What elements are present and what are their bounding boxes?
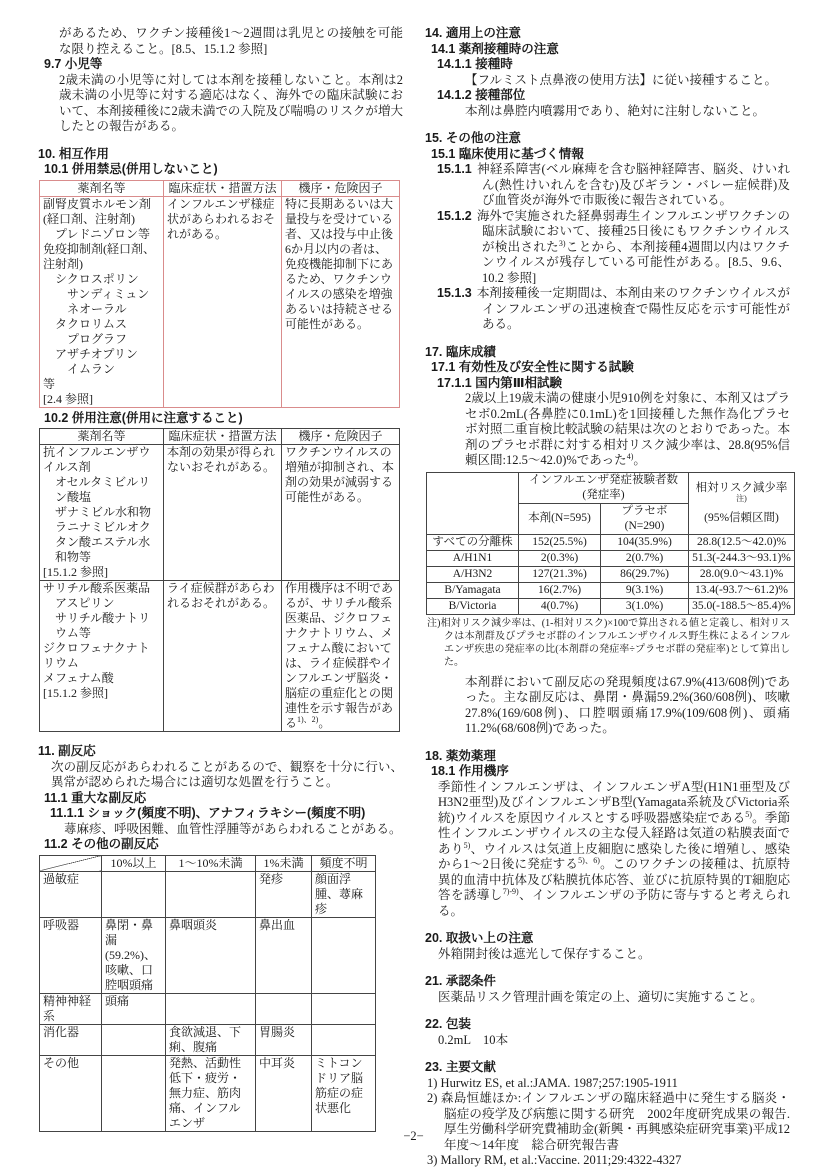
two-column-layout: があるため、ワクチン接種後1〜2週間は乳児との接触を可能な限り控えること。[8.… — [0, 0, 827, 1169]
reference-item-1: 1) Hurwitz ES, et al.:JAMA. 1987;257:190… — [427, 1076, 790, 1092]
column-header-under1: 1%未満 — [256, 855, 312, 871]
section-9-7-body: 2歳未満の小児等に対しては本剤を接種しないこと。本剤は2歳未満の小児等に対する適… — [59, 73, 403, 135]
section-22-heading: 22. 包装 — [425, 1017, 790, 1033]
symptom-cell: ライ症候群があらわれるおそれがある。 — [164, 581, 282, 732]
section-11-2-heading: 11.2 その他の副反応 — [44, 837, 403, 853]
section-9-7-heading: 9.7 小児等 — [44, 57, 403, 73]
column-header-symptom: 臨床症状・措置方法 — [164, 180, 282, 196]
mechanism-cell: 作用機序は不明であるが、サリチル酸系医薬品、ジクロフェナクナトリウム、メフェナム… — [282, 581, 400, 732]
item-number: 15.1.3 — [437, 286, 472, 300]
column-header-mechanism: 機序・危険因子 — [282, 180, 400, 196]
value-cell: 86(29.7%) — [601, 566, 689, 582]
category-cell: 呼吸器 — [40, 917, 102, 993]
section-20-heading: 20. 取扱い上の注意 — [425, 931, 790, 947]
value-cell — [166, 993, 256, 1024]
table-header-row: インフルエンザ発症被験者数 (発症率) 相対リスク減少率注) (95%信頼区間) — [427, 472, 795, 503]
category-cell: 過敏症 — [40, 871, 102, 917]
value-cell: 28.0(9.0〜43.1)% — [689, 566, 795, 582]
section-15-heading: 15. その他の注意 — [425, 131, 790, 147]
rrr-header-line2: (95%信頼区間) — [691, 511, 792, 526]
section-14-1-2-body: 本剤は鼻腔内噴霧用であり、絶対に注射しないこと。 — [465, 104, 790, 120]
value-cell: 発熱、活動性低下・疲労・無力症、筋肉痛、インフルエンザ — [166, 1055, 256, 1131]
value-cell: 頭痛 — [102, 993, 166, 1024]
table-row: すべての分離株 152(25.5%) 104(35.9%) 28.8(12.5〜… — [427, 534, 795, 550]
value-cell: 127(21.3%) — [519, 566, 601, 582]
value-cell — [312, 993, 376, 1024]
table-row: 抗インフルエンザウイルス剤 オセルタミビルリ ン酸塩 ザナミビル水和物 ラニナミ… — [40, 445, 400, 581]
item-number: 15.1.1 — [437, 162, 472, 176]
value-cell — [102, 1055, 166, 1131]
value-cell: 食欲減退、下痢、腹痛 — [166, 1024, 256, 1055]
reference-number: 2) — [427, 1091, 437, 1105]
symptom-cell: インフルエンザ様症状があらわれるおそれがある。 — [164, 196, 282, 407]
section-11-1-1-body: 蕁麻疹、呼吸困難、血管性浮腫等があらわれることがある。 — [64, 822, 403, 838]
strain-cell: B/Victoria — [427, 598, 519, 614]
group-header-line2: (発症率) — [521, 488, 686, 503]
section-18-1-heading: 18.1 作用機序 — [431, 764, 790, 780]
mechanism-cell: 特に長期あるいは大量投与を受けている者、又は投与中止後6か月以内の者は、免疫機能… — [282, 196, 400, 407]
table-header-row: 10%以上 1〜10%未満 1%未満 頻度不明 — [40, 855, 376, 871]
section-15-1-heading: 15.1 臨床使用に基づく情報 — [431, 147, 790, 163]
table-row: A/H3N2 127(21.3%) 86(29.7%) 28.0(9.0〜43.… — [427, 566, 795, 582]
section-14-1-1-body: 【フルミスト点鼻液の使用方法】に従い接種すること。 — [465, 73, 790, 89]
table-header-row: 薬剤名等 臨床症状・措置方法 機序・危険因子 — [40, 429, 400, 445]
section-21-body: 医薬品リスク管理計画を策定の上、適切に実施すること。 — [438, 990, 790, 1006]
value-cell: 2(0.3%) — [519, 550, 601, 566]
adverse-incidence-paragraph: 本剤群において副反応の発現頻度は67.9%(413/608例)であった。主な副反… — [465, 675, 790, 737]
column-header-symptom: 臨床症状・措置方法 — [164, 429, 282, 445]
section-21-heading: 21. 承認条件 — [425, 974, 790, 990]
mechanism-cell: ワクチンウイルスの増殖が抑制され、本剤の効果が減弱する可能性がある。 — [282, 445, 400, 581]
section-18-heading: 18. 薬効薬理 — [425, 749, 790, 765]
table-row: 過敏症 発疹 顔面浮腫、蕁麻疹 — [40, 871, 376, 917]
section-14-heading: 14. 適用上の注意 — [425, 26, 790, 42]
value-cell: 鼻出血 — [256, 917, 312, 993]
section-20-body: 外箱開封後は遮光して保存すること。 — [438, 947, 790, 963]
value-cell: 3(1.0%) — [601, 598, 689, 614]
value-cell: 9(3.1%) — [601, 582, 689, 598]
column-header-mechanism: 機序・危険因子 — [282, 429, 400, 445]
section-11-body: 次の副反応があらわれることがあるので、観察を十分に行い、異常が認められた場合には… — [51, 760, 403, 791]
column-header-placebo-group: プラセボ(N=290) — [601, 503, 689, 534]
value-cell: 35.0(-188.5〜85.4)% — [689, 598, 795, 614]
value-cell — [312, 1024, 376, 1055]
precaution-table: 薬剤名等 臨床症状・措置方法 機序・危険因子 抗インフルエンザウイルス剤 オセル… — [39, 428, 400, 732]
adverse-reaction-table: 10%以上 1〜10%未満 1%未満 頻度不明 過敏症 発疹 顔面浮腫、蕁麻疹 … — [39, 855, 376, 1132]
package-insert-page: があるため、ワクチン接種後1〜2週間は乳児との接触を可能な限り控えること。[8.… — [0, 0, 827, 1170]
value-cell: 4(0.7%) — [519, 598, 601, 614]
item-text: 本剤接種後一定期間は、本剤由来のワクチンウイルスがインフルエンザの迅速検査で陽性… — [477, 286, 790, 331]
left-column: があるため、ワクチン接種後1〜2週間は乳児との接触を可能な限り控えること。[8.… — [38, 26, 403, 1169]
table-row: 精神神経系 頭痛 — [40, 993, 376, 1024]
column-header-drug: 薬剤名等 — [40, 429, 164, 445]
table-row: A/H1N1 2(0.3%) 2(0.7%) 51.3(-244.3〜93.1)… — [427, 550, 795, 566]
reference-text: Mallory RM, et al.:Vaccine. 2011;29:4322… — [441, 1153, 682, 1167]
value-cell — [166, 871, 256, 917]
table-row: 副腎皮質ホルモン剤(経口剤、注射剤) プレドニゾロン等免疫抑制剤(経口剤、注射剤… — [40, 196, 400, 407]
rrr-header-line1: 相対リスク減少率注) — [691, 481, 792, 511]
category-cell: 消化器 — [40, 1024, 102, 1055]
table-footnote: 注)相対リスク減少率は、(1-相対リスク)×100で算出される値と定義し、相対リ… — [427, 617, 790, 669]
category-cell: その他 — [40, 1055, 102, 1131]
diagonal-corner-cell — [40, 855, 102, 871]
value-cell: 発疹 — [256, 871, 312, 917]
value-cell: 152(25.5%) — [519, 534, 601, 550]
empty-corner-cell — [427, 472, 519, 534]
value-cell: 中耳炎 — [256, 1055, 312, 1131]
numbered-item-15-1-3: 15.1.3本剤接種後一定期間は、本剤由来のワクチンウイルスがインフルエンザの迅… — [437, 286, 790, 333]
drug-names-cell: サリチル酸系医薬品 アスピリン サリチル酸ナトリ ウム等ジクロフェナクナトリウム… — [40, 581, 164, 732]
table-row: B/Victoria 4(0.7%) 3(1.0%) 35.0(-188.5〜8… — [427, 598, 795, 614]
value-cell: 104(35.9%) — [601, 534, 689, 550]
section-10-2-heading: 10.2 併用注意(併用に注意すること) — [44, 411, 403, 427]
value-cell: 鼻咽頭炎 — [166, 917, 256, 993]
reference-number: 3) — [427, 1153, 437, 1167]
strain-cell: B/Yamagata — [427, 582, 519, 598]
page-number: −2− — [0, 1129, 827, 1145]
value-cell: 2(0.7%) — [601, 550, 689, 566]
drug-names-cell: 副腎皮質ホルモン剤(経口剤、注射剤) プレドニゾロン等免疫抑制剤(経口剤、注射剤… — [40, 196, 164, 407]
section-22-body: 0.2mL 10本 — [438, 1033, 790, 1049]
reference-number: 1) — [427, 1076, 437, 1090]
section-11-1-heading: 11.1 重大な副反応 — [44, 791, 403, 807]
section-14-1-2-heading: 14.1.2 接種部位 — [437, 88, 790, 104]
table-header-row: 薬剤名等 臨床症状・措置方法 機序・危険因子 — [40, 180, 400, 196]
contraindication-table: 薬剤名等 臨床症状・措置方法 機序・危険因子 副腎皮質ホルモン剤(経口剤、注射剤… — [39, 180, 400, 408]
section-17-1-1-heading: 17.1.1 国内第Ⅲ相試験 — [437, 376, 790, 392]
drug-names-cell: 抗インフルエンザウイルス剤 オセルタミビルリ ン酸塩 ザナミビル水和物 ラニナミ… — [40, 445, 164, 581]
section-14-1-1-heading: 14.1.1 接種時 — [437, 57, 790, 73]
column-header-1to10: 1〜10%未満 — [166, 855, 256, 871]
table-row: その他 発熱、活動性低下・疲労・無力症、筋肉痛、インフルエンザ 中耳炎 ミトコン… — [40, 1055, 376, 1131]
column-header-rrr: 相対リスク減少率注) (95%信頼区間) — [689, 472, 795, 534]
section-17-heading: 17. 臨床成績 — [425, 345, 790, 361]
reference-item-3: 3) Mallory RM, et al.:Vaccine. 2011;29:4… — [427, 1153, 790, 1169]
group-header-line1: インフルエンザ発症被験者数 — [521, 473, 686, 488]
clinical-results-table: インフルエンザ発症被験者数 (発症率) 相対リスク減少率注) (95%信頼区間)… — [426, 472, 795, 615]
strain-cell: A/H3N2 — [427, 566, 519, 582]
right-column: 14. 適用上の注意 14.1 薬剤接種時の注意 14.1.1 接種時 【フルミ… — [425, 26, 790, 1169]
section-10-1-heading: 10.1 併用禁忌(併用しないこと) — [44, 162, 403, 178]
value-cell — [102, 1024, 166, 1055]
section-11-1-1-heading: 11.1.1 ショック(頻度不明)、アナフィラキシー(頻度不明) — [50, 806, 403, 822]
reference-text: Hurwitz ES, et al.:JAMA. 1987;257:1905-1… — [441, 1076, 678, 1090]
value-cell: 顔面浮腫、蕁麻疹 — [312, 871, 376, 917]
value-cell: 鼻閉・鼻漏(59.2%)、咳嗽、口腔咽頭痛 — [102, 917, 166, 993]
value-cell — [312, 917, 376, 993]
value-cell — [256, 993, 312, 1024]
table-row: 消化器 食欲減退、下痢、腹痛 胃腸炎 — [40, 1024, 376, 1055]
column-header-drug: 薬剤名等 — [40, 180, 164, 196]
section-10-heading: 10. 相互作用 — [38, 147, 403, 163]
category-cell: 精神神経系 — [40, 993, 102, 1024]
value-cell: 胃腸炎 — [256, 1024, 312, 1055]
table-row: 呼吸器 鼻閉・鼻漏(59.2%)、咳嗽、口腔咽頭痛 鼻咽頭炎 鼻出血 — [40, 917, 376, 993]
section-17-1-heading: 17.1 有効性及び安全性に関する試験 — [431, 360, 790, 376]
value-cell: 13.4(-93.7〜61.2)% — [689, 582, 795, 598]
continuation-paragraph: があるため、ワクチン接種後1〜2週間は乳児との接触を可能な限り控えること。[8.… — [59, 26, 403, 57]
item-text: 神経系障害(ベル麻痺を含む脳神経障害、脳炎、けいれん(熱性けいれんを含む)及びギ… — [477, 162, 790, 207]
symptom-cell: 本剤の効果が得られないおそれがある。 — [164, 445, 282, 581]
column-header-over10: 10%以上 — [102, 855, 166, 871]
numbered-item-15-1-1: 15.1.1神経系障害(ベル麻痺を含む脳神経障害、脳炎、けいれん(熱性けいれんを… — [437, 162, 790, 209]
column-header-unknown: 頻度不明 — [312, 855, 376, 871]
column-header-drug-group: 本剤(N=595) — [519, 503, 601, 534]
strain-cell: すべての分離株 — [427, 534, 519, 550]
group-header-incidence: インフルエンザ発症被験者数 (発症率) — [519, 472, 689, 503]
table-row: B/Yamagata 16(2.7%) 9(3.1%) 13.4(-93.7〜6… — [427, 582, 795, 598]
item-number: 15.1.2 — [437, 209, 472, 223]
table-row: サリチル酸系医薬品 アスピリン サリチル酸ナトリ ウム等ジクロフェナクナトリウム… — [40, 581, 400, 732]
value-cell — [102, 871, 166, 917]
section-14-1-heading: 14.1 薬剤接種時の注意 — [431, 42, 790, 58]
section-11-heading: 11. 副反応 — [38, 744, 403, 760]
value-cell: ミトコンドリア脳筋症の症状悪化 — [312, 1055, 376, 1131]
strain-cell: A/H1N1 — [427, 550, 519, 566]
section-18-1-body: 季節性インフルエンザは、インフルエンザA型(H1N1亜型及びH3N2亜型)及びイ… — [438, 780, 790, 920]
section-23-heading: 23. 主要文献 — [425, 1060, 790, 1076]
value-cell: 51.3(-244.3〜93.1)% — [689, 550, 795, 566]
section-17-1-1-body: 2歳以上19歳未満の健康小児910例を対象に、本剤又はプラセボ0.2mL(各鼻腔… — [465, 391, 790, 469]
value-cell: 28.8(12.5〜42.0)% — [689, 534, 795, 550]
numbered-item-15-1-2: 15.1.2海外で実施された経鼻弱毒生インフルエンザワクチンの臨床試験において、… — [437, 209, 790, 287]
value-cell: 16(2.7%) — [519, 582, 601, 598]
item-text: 海外で実施された経鼻弱毒生インフルエンザワクチンの臨床試験において、接種25日後… — [477, 209, 790, 285]
